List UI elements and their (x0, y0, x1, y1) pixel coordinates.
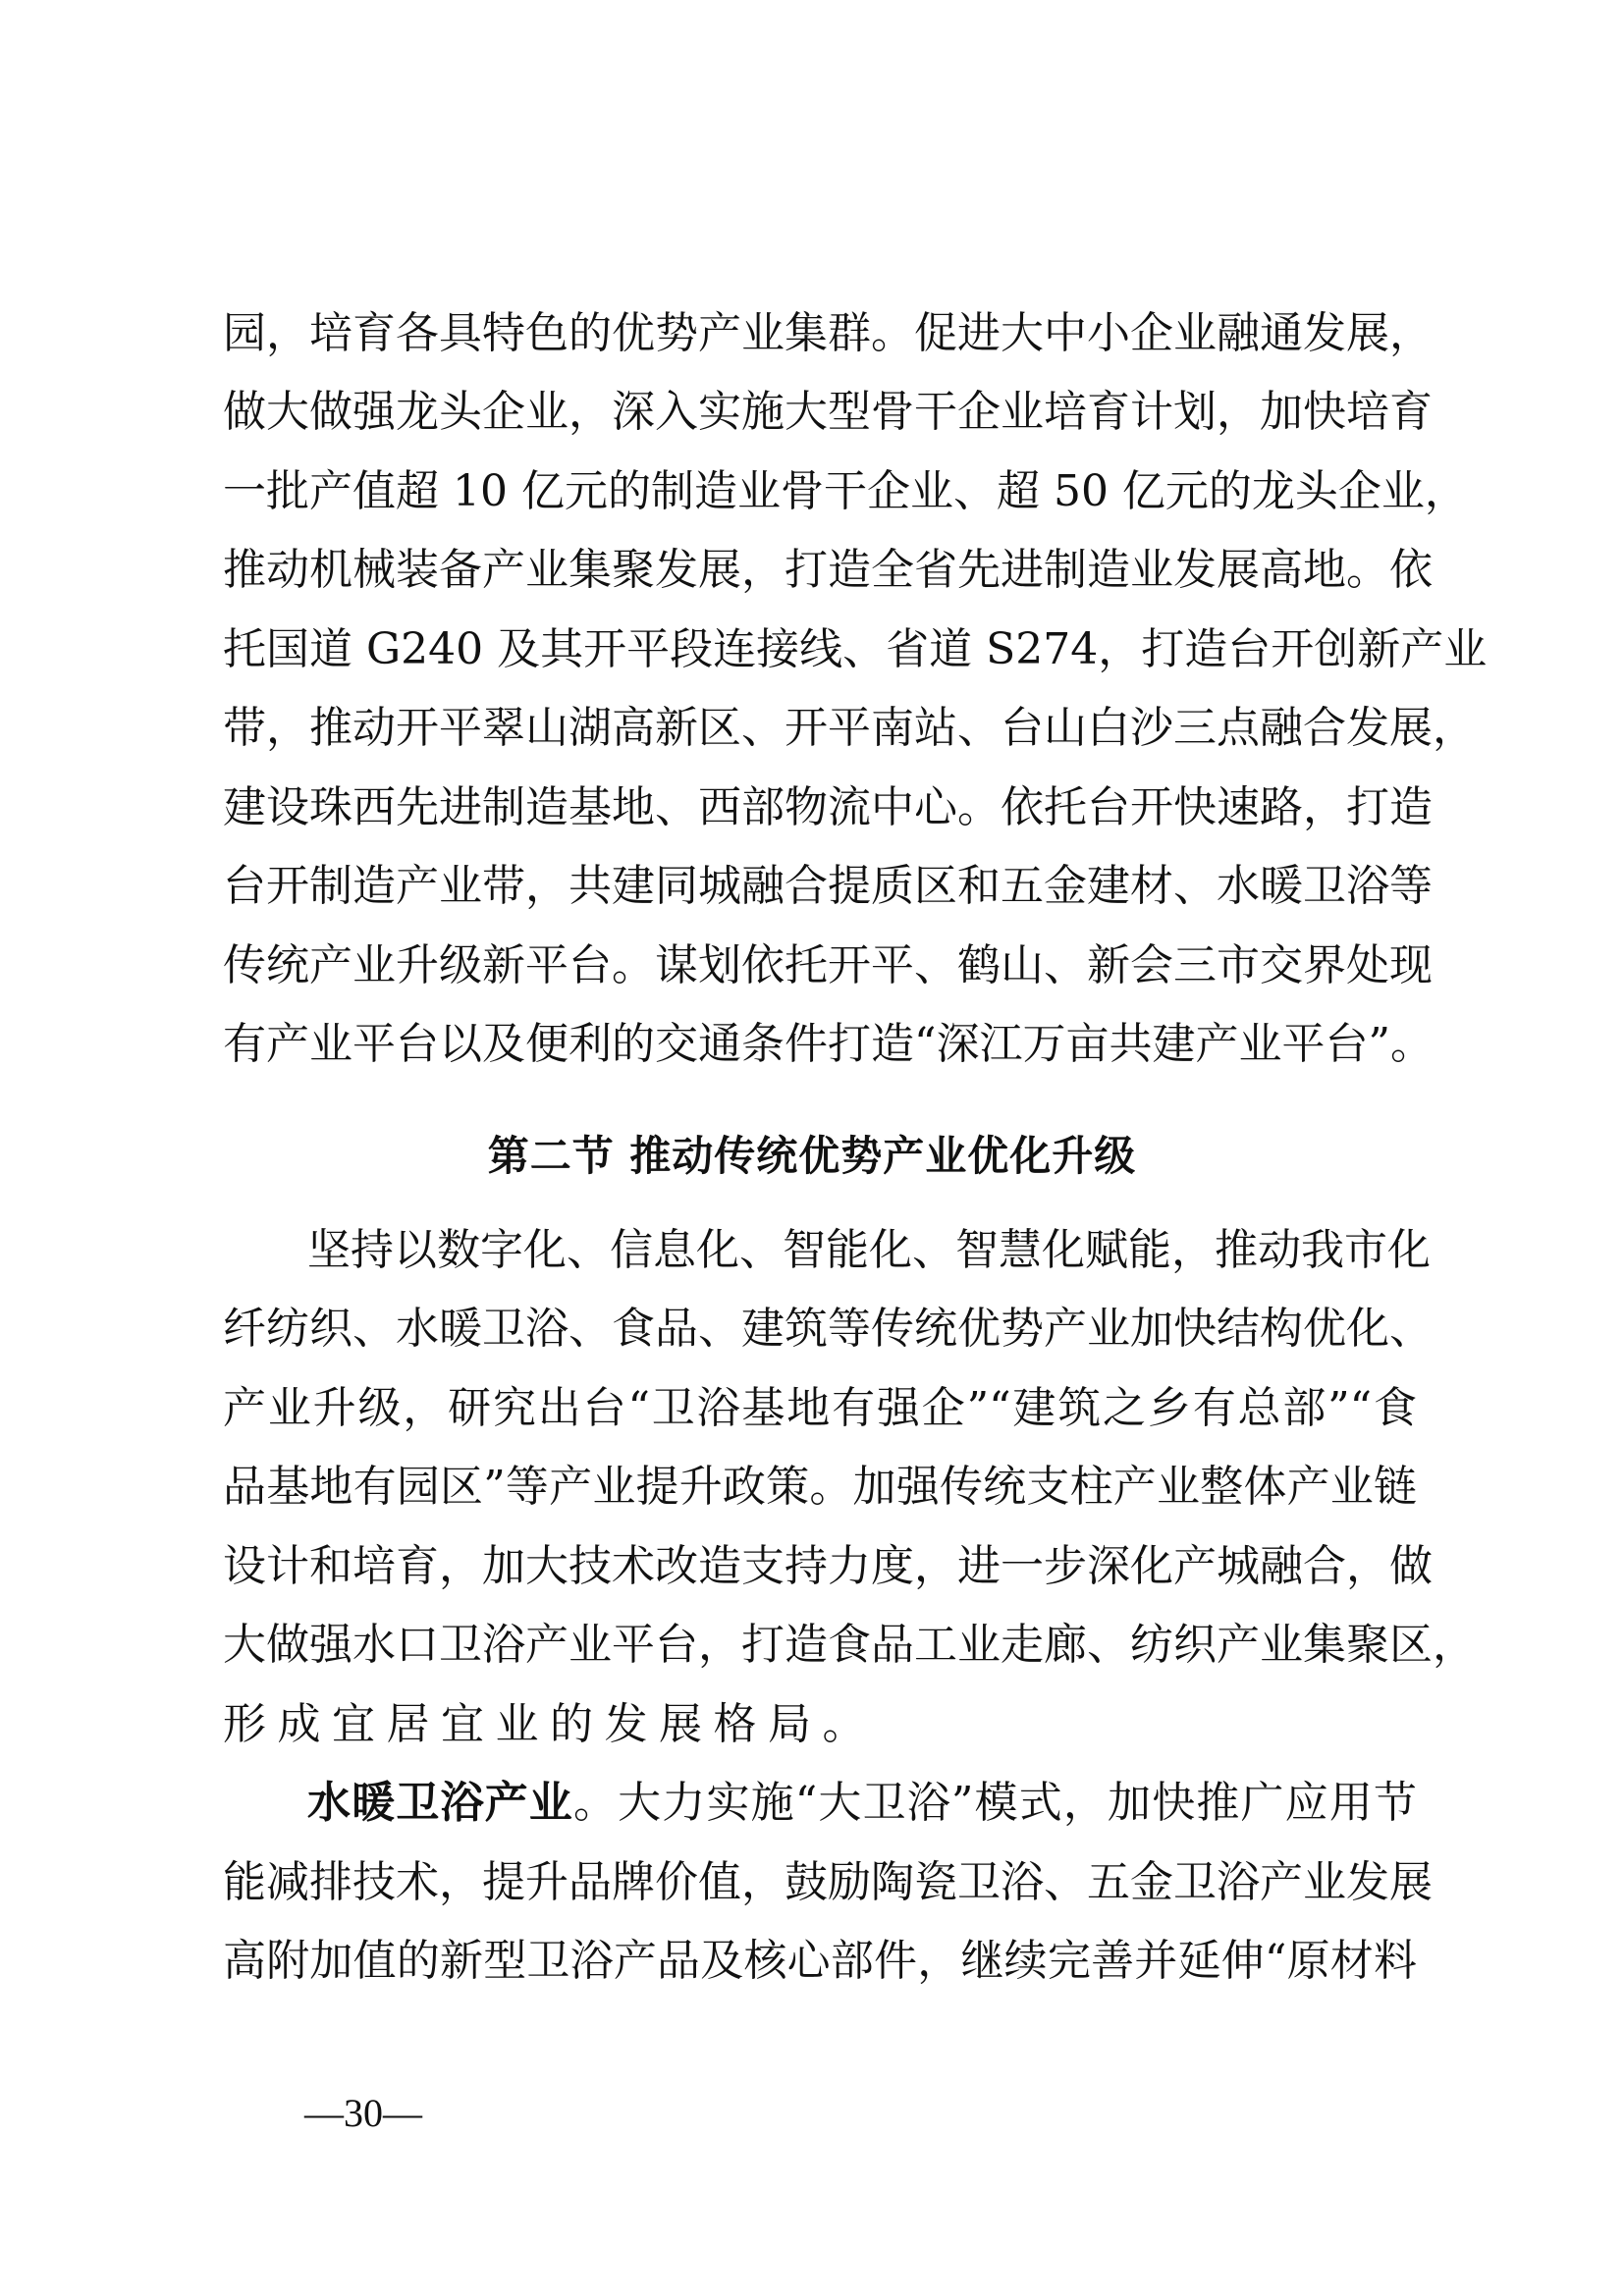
paragraph-line: 品基地有园区”等产业提升政策。加强传统支柱产业整体产业链 (223, 1448, 1417, 1526)
paragraph-line: 传统产业升级新平台。谋划依托开平、鹤山、新会三市交界处现 (223, 927, 1417, 1005)
paragraph-line: 带，推动开平翠山湖高新区、开平南站、台山白沙三点融合发展， (223, 689, 1417, 768)
paragraph-line: 做大做强龙头企业，深入实施大型骨干企业培育计划，加快培育 (223, 373, 1417, 452)
paragraph-line: 纤纺织、水暖卫浴、食品、建筑等传统优势产业加快结构优化、 (223, 1290, 1417, 1368)
paragraph-line: 台开制造产业带，共建同城融合提质区和五金建材、水暖卫浴等 (223, 847, 1417, 926)
paragraph-lead-term: 水暖卫浴产业 (307, 1778, 573, 1828)
paragraph-line: 坚持以数字化、信息化、智能化、智慧化赋能，推动我市化 (307, 1211, 1417, 1290)
paragraph-line: 高附加值的新型卫浴产品及核心部件，继续完善并延伸“原材料 (223, 1922, 1417, 2001)
paragraph-line: 一批产值超 10 亿元的制造业骨干企业、超 50 亿元的龙头企业， (223, 453, 1417, 531)
paragraph-line: 园，培育各具特色的优势产业集群。促进大中小企业融通发展， (223, 294, 1417, 373)
paragraph-line: 形成宜居宜业的发展格局。 (223, 1685, 1417, 1764)
document-page: 园，培育各具特色的优势产业集群。促进大中小企业融通发展， 做大做强龙头企业，深入… (0, 0, 1624, 2296)
paragraph-line: 能减排技术，提升品牌价值，鼓励陶瓷卫浴、五金卫浴产业发展 (223, 1843, 1417, 1922)
paragraph-line: 推动机械装备产业集聚发展，打造全省先进制造业发展高地。依 (223, 531, 1417, 610)
section-heading: 第二节 推动传统优势产业优化升级 (0, 1117, 1624, 1196)
paragraph-line: 水暖卫浴产业。大力实施“大卫浴”模式，加快推广应用节 (307, 1764, 1417, 1842)
paragraph-line: 产业升级，研究出台“卫浴基地有强企”“建筑之乡有总部”“食 (223, 1369, 1417, 1448)
paragraph-line-text: 。大力实施“大卫浴”模式，加快推广应用节 (573, 1778, 1417, 1828)
page-number: —30— (304, 2086, 422, 2141)
paragraph-line: 有产业平台以及便利的交通条件打造“深江万亩共建产业平台”。 (223, 1005, 1417, 1084)
paragraph-line: 建设珠西先进制造基地、西部物流中心。依托台开快速路，打造 (223, 769, 1417, 847)
paragraph-line: 设计和培育，加大技术改造支持力度，进一步深化产城融合，做 (223, 1527, 1417, 1606)
paragraph-line: 托国道 G240 及其开平段连接线、省道 S274，打造台开创新产业 (223, 611, 1417, 689)
paragraph-line: 大做强水口卫浴产业平台，打造食品工业走廊、纺织产业集聚区， (223, 1606, 1417, 1684)
